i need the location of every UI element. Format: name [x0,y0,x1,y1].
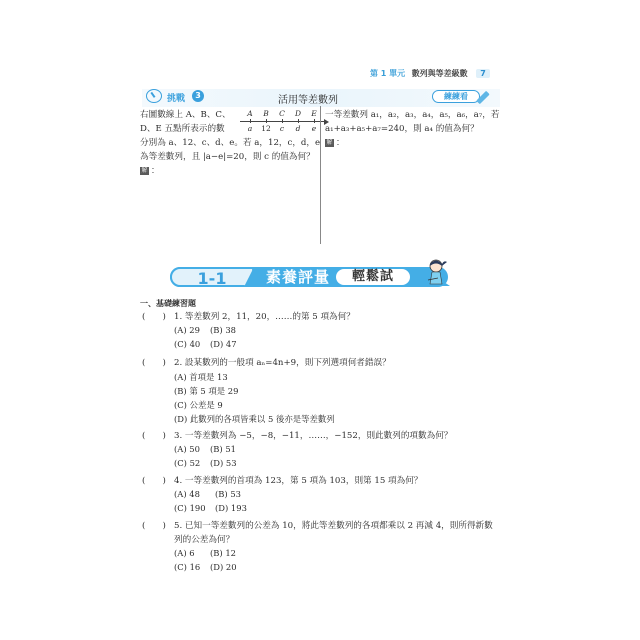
value-label: 12 [260,124,272,133]
point-label: B [260,109,272,118]
answer-blank[interactable]: ( ) [142,519,174,533]
question-5: ( )5. 已知一等差數列的公差為 10，將此等差數列的各項都乘以 2 再減 4… [142,519,493,533]
answer-icon: 解 [325,139,334,147]
option-a: (A) 首項是 13 [174,371,228,383]
option-d: (D) 47 [210,339,237,349]
option-d: (D) 53 [210,458,237,468]
question-5-continued: 列的公差為何？ [174,533,234,547]
question-text: 2. 設某數列的一般項 aₙ=4n+9，則下列選項何者錯誤？ [174,358,391,368]
point-label: D [292,109,304,118]
option-b: (B) 51 [210,444,236,454]
tick [298,119,299,123]
section-number: 1-1 [170,267,254,287]
option-c: (C) 190 [174,503,206,513]
option-d: (D) 20 [210,562,237,572]
option-a: (A) 29 [174,325,200,335]
chapter-title: 數列與等差級數 [412,69,468,78]
value-label: d [292,124,304,133]
value-label: c [276,124,288,133]
option-b: (B) 第 5 項是 29 [174,385,238,397]
challenge-label: 挑戰 [167,91,185,104]
banner-subtitle: 輕鬆試 [336,269,410,285]
option-b: (B) 12 [210,548,236,558]
option-b: (B) 53 [215,489,241,499]
option-d: (D) 193 [215,503,247,513]
question-3: ( )3. 一等差數列為 −5，−8，−11，……，−152，則此數列的項數為何… [142,429,452,443]
challenge-title: 活用等差數列 [278,91,338,106]
answer-blank[interactable]: ( ) [142,429,174,443]
option-a: (A) 50 [174,444,200,454]
option-c: (C) 16 [174,562,200,572]
option-c: (C) 52 [174,458,200,468]
option-b: (B) 38 [210,325,236,335]
section-banner: 1-1 素養評量 輕鬆試 [168,264,458,290]
tick [282,119,283,123]
girl-illustration-icon [416,256,452,292]
question-1: ( )1. 等差數列 2，11，20，……的第 5 項為何？ [142,310,355,324]
answer-line: 解： [325,136,499,150]
problem-line: a₁+a₃+a₅+a₇=240，則 a₄ 的值為何？ [325,122,499,136]
clock-icon [146,89,162,103]
point-label: A [244,109,256,118]
banner-title: 素養評量 [266,267,330,287]
answer-blank[interactable]: ( ) [142,310,174,324]
tick [314,119,315,123]
option-d: (D) 此數列的各項皆乘以 5 後亦是等差數列 [174,413,335,425]
answer-line: 解： [140,164,320,178]
option-c: (C) 40 [174,339,200,349]
tick [250,119,251,123]
option-c: (C) 公差是 9 [174,399,223,411]
answer-icon: 解 [140,167,149,175]
unit-label: 第 1 單元 [370,69,405,78]
option-a: (A) 6 [174,548,195,558]
question-text: 1. 等差數列 2，11，20，……的第 5 項為何？ [174,312,355,322]
page-number: 7 [476,69,490,78]
tick [266,119,267,123]
number-line-diagram: A B C D E a 12 c d e [240,109,330,135]
problem-line: 分別為 a、12、c、d、e。若 a，12，c，d，e [140,136,320,150]
challenge-right-problem: 一等差數列 a₁，a₂，a₃，a₄，a₅，a₆，a₇，若 a₁+a₃+a₅+a₇… [325,108,499,150]
practice-label: 練練看 [432,90,480,103]
option-a: (A) 48 [174,489,200,499]
point-label: E [308,109,320,118]
problem-line: 為等差數列，且 |a−e|=20，則 c 的值為何？ [140,150,320,164]
question-2: ( )2. 設某數列的一般項 aₙ=4n+9，則下列選項何者錯誤？ [142,356,391,370]
question-text: 5. 已知一等差數列的公差為 10，將此等差數列的各項都乘以 2 再減 4，則所… [174,521,493,531]
answer-blank[interactable]: ( ) [142,356,174,370]
challenge-number-badge: 3 [192,90,204,102]
value-label: a [244,124,256,133]
page-header: 第 1 單元 數列與等差級數 7 [370,68,490,79]
question-text: 4. 一等差數列的首項為 123，第 5 項為 103，則第 15 項為何？ [174,476,422,486]
column-divider [320,106,321,244]
section-title: 一、基礎練習題 [140,298,196,309]
problem-line: 一等差數列 a₁，a₂，a₃，a₄，a₅，a₆，a₇，若 [325,108,499,122]
question-4: ( )4. 一等差數列的首項為 123，第 5 項為 103，則第 15 項為何… [142,474,422,488]
question-text: 3. 一等差數列為 −5，−8，−11，……，−152，則此數列的項數為何？ [174,431,452,441]
point-label: C [276,109,288,118]
value-label: e [308,124,320,133]
answer-blank[interactable]: ( ) [142,474,174,488]
